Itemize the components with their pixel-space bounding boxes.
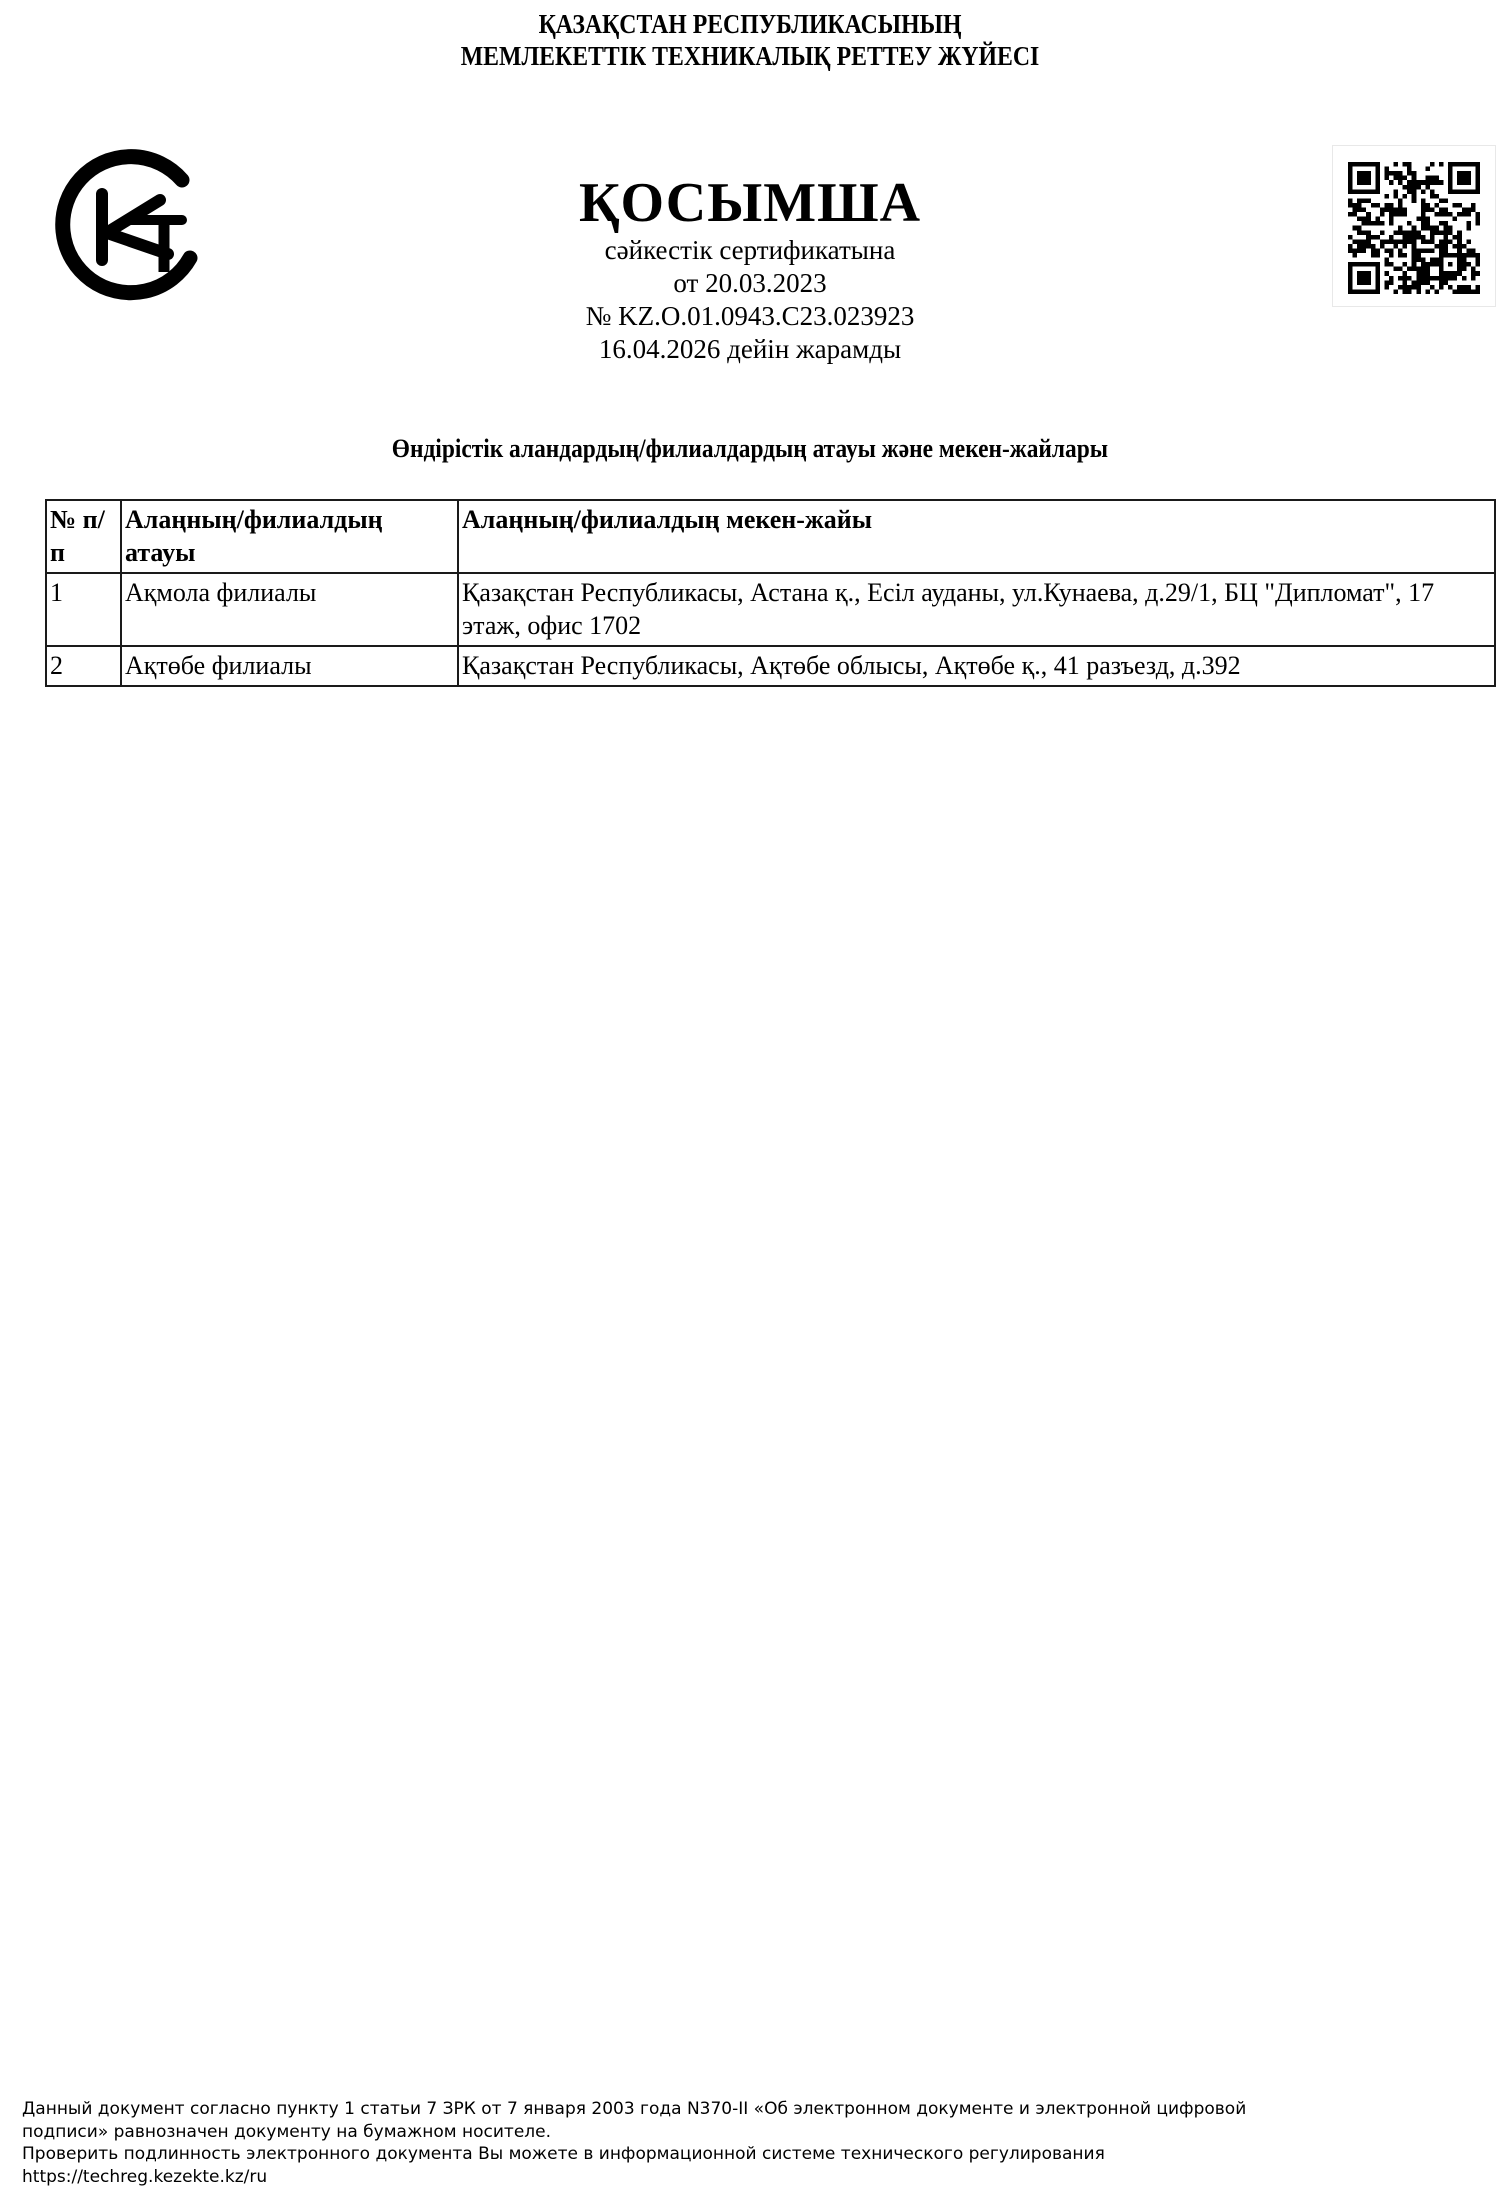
- certificate-title-block: ҚОСЫМША сәйкестік сертификатына от 20.03…: [450, 172, 1050, 366]
- footer-line-1: Данный документ согласно пункту 1 статьи…: [22, 2098, 1492, 2121]
- legal-footer: Данный документ согласно пункту 1 статьи…: [22, 2098, 1492, 2188]
- table-row: 1 Ақмола филиалы Қазақстан Республикасы,…: [46, 573, 1495, 646]
- org-header-line-1: ҚАЗАҚСТАН РЕСПУБЛИКАСЫНЫҢ: [90, 8, 1410, 40]
- certificate-valid-until: 16.04.2026 дейін жарамды: [450, 333, 1050, 366]
- section-heading: Өндірістік аландардың/филиалдардың атауы…: [0, 433, 1500, 465]
- org-header: ҚАЗАҚСТАН РЕСПУБЛИКАСЫНЫҢ МЕМЛЕКЕТТІК ТЕ…: [0, 8, 1500, 72]
- row-number: 1: [46, 573, 121, 646]
- kt-logo-icon: [52, 148, 204, 304]
- section-heading-text: Өндірістік аландардың/филиалдардың атауы…: [392, 433, 1108, 465]
- certificate-number: № KZ.O.01.0943.C23.023923: [450, 300, 1050, 333]
- verification-link[interactable]: https://techreg.kezekte.kz/ru: [22, 2166, 1492, 2189]
- sites-table: № п/п Алаңның/филиалдың атауы Алаңның/фи…: [45, 499, 1496, 687]
- table-row: 2 Ақтөбе филиалы Қазақстан Республикасы,…: [46, 646, 1495, 686]
- footer-line-3: Проверить подлинность электронного докум…: [22, 2143, 1492, 2166]
- column-header-number: № п/п: [46, 500, 121, 573]
- row-site-name: Ақмола филиалы: [121, 573, 458, 646]
- certificate-subtitle: сәйкестік сертификатына: [450, 234, 1050, 267]
- column-header-name: Алаңның/филиалдың атауы: [121, 500, 458, 573]
- row-site-address: Қазақстан Республикасы, Астана қ., Есіл …: [458, 573, 1495, 646]
- document-title: ҚОСЫМША: [450, 172, 1050, 234]
- row-site-address: Қазақстан Республикасы, Ақтөбе облысы, А…: [458, 646, 1495, 686]
- certificate-date: от 20.03.2023: [450, 267, 1050, 300]
- row-number: 2: [46, 646, 121, 686]
- column-header-address: Алаңның/филиалдың мекен-жайы: [458, 500, 1495, 573]
- row-site-name: Ақтөбе филиалы: [121, 646, 458, 686]
- qr-code-icon: [1332, 145, 1496, 307]
- footer-line-2: подписи» равнозначен документу на бумажн…: [22, 2121, 1492, 2144]
- org-header-line-2: МЕМЛЕКЕТТІК ТЕХНИКАЛЫҚ РЕТТЕУ ЖҮЙЕСІ: [90, 40, 1410, 72]
- table-header-row: № п/п Алаңның/филиалдың атауы Алаңның/фи…: [46, 500, 1495, 573]
